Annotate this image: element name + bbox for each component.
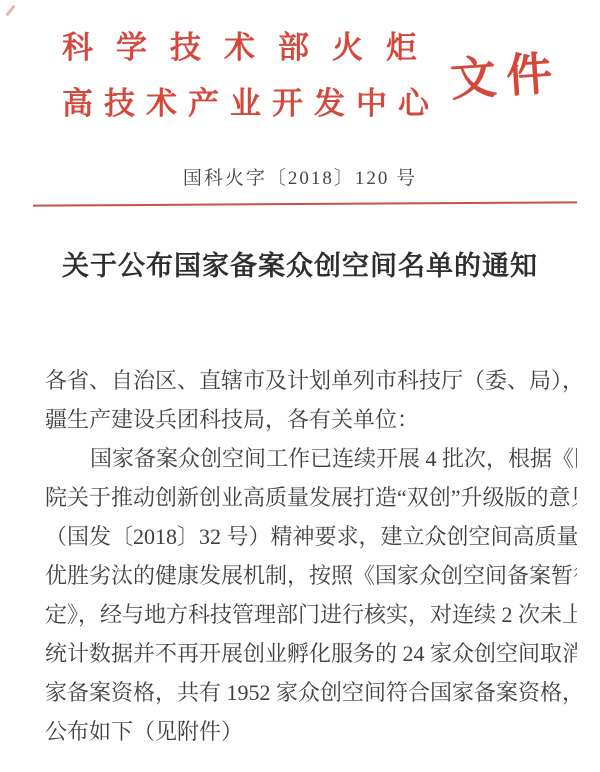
- body-line-paragraph-1: 国家备案众创空间工作已连续开展 4 批次，根据《国务: [45, 439, 577, 478]
- body-line-paragraph-2: 院关于推动创新创业高质量发展打造“双创”升级版的意见》: [45, 478, 577, 517]
- body-line-salutation-2: 疆生产建设兵团科技局，各有关单位：: [45, 400, 577, 439]
- document-page: 科学技术部火炬 高技术产业开发中心 文件 国科火字〔2018〕120 号 关于公…: [0, 0, 600, 772]
- letterhead-org-line2: 高技术产业开发中心: [62, 76, 440, 132]
- document-title: 关于公布国家备案众创空间名单的通知: [0, 244, 600, 283]
- body-line-paragraph-3: （国发〔2018〕32 号）精神要求，建立众创空间高质量管理、: [45, 517, 577, 556]
- body-line-paragraph-6: 统计数据并不再开展创业孵化服务的 24 家众创空间取消国: [45, 634, 577, 673]
- document-body: 各省、自治区、直辖市及计划单列市科技厅（委、局），新 疆生产建设兵团科技局，各有…: [45, 361, 577, 751]
- letterhead-org-name: 科学技术部火炬 高技术产业开发中心: [62, 20, 440, 132]
- body-line-paragraph-5: 定》，经与地方科技管理部门进行核实，对连续 2 次未上报: [45, 595, 577, 634]
- letterhead-doc-type: 文件: [448, 36, 564, 110]
- body-line-paragraph-8: 公布如下（见附件）: [45, 712, 577, 751]
- scan-artifact-mark: [5, 4, 15, 16]
- document-number: 国科火字〔2018〕120 号: [0, 163, 600, 190]
- body-line-paragraph-4: 优胜劣汰的健康发展机制，按照《国家众创空间备案暂行规: [45, 556, 577, 595]
- letterhead-org-line1: 科学技术部火炬: [62, 20, 440, 76]
- body-line-salutation-1: 各省、自治区、直辖市及计划单列市科技厅（委、局），新: [45, 361, 577, 400]
- body-line-paragraph-7: 家备案资格，共有 1952 家众创空间符合国家备案资格，现: [45, 673, 577, 712]
- red-divider-line: [33, 201, 577, 206]
